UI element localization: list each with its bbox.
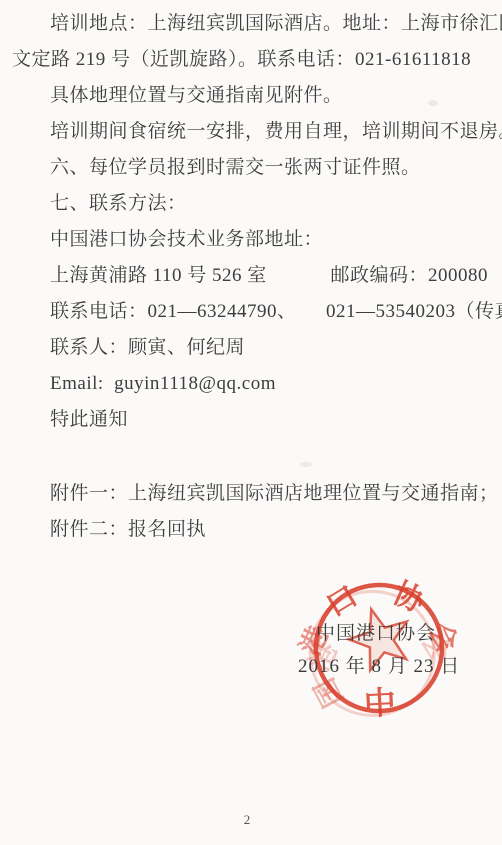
text-line: 附件一：上海纽宾凯国际酒店地理位置与交通指南；: [0, 476, 502, 512]
text-line: 文定路 219 号（近凯旋路）。联系电话：021-61611818: [0, 42, 502, 78]
text-line: 上海黄浦路 110 号 526 室 邮政编码：200080: [0, 258, 502, 294]
page-number: 2: [0, 812, 494, 828]
text-line: 培训期间食宿统一安排，费用自理，培训期间不退房。: [0, 114, 502, 150]
text-line: 六、每位学员报到时需交一张两寸证件照。: [0, 150, 502, 186]
text-line: 具体地理位置与交通指南见附件。: [0, 78, 502, 114]
scanned-notice-page: 培训地点：上海纽宾凯国际酒店。地址：上海市徐汇区文定路 219 号（近凯旋路）。…: [0, 0, 502, 845]
seal-char-kou: 口: [321, 580, 364, 624]
text-line: 联系电话：021—63244790、 021—53540203（传真）: [0, 294, 502, 330]
signature-date: 2016 年 8 月 23 日: [298, 651, 460, 678]
document-body: 培训地点：上海纽宾凯国际酒店。地址：上海市徐汇区文定路 219 号（近凯旋路）。…: [0, 6, 502, 548]
seal-char-xie: 协: [388, 577, 430, 620]
seal-char-zhong: 中: [363, 684, 397, 722]
text-line: 特此通知: [0, 402, 502, 438]
text-line: 中国港口协会技术业务部地址：: [0, 222, 502, 258]
official-seal: 中 国 港 口 协 会 港 会: [290, 559, 469, 738]
text-line: Email: guyin1118@qq.com: [0, 366, 502, 402]
text-line: 附件二：报名回执: [0, 512, 502, 548]
text-line: 培训地点：上海纽宾凯国际酒店。地址：上海市徐汇区: [0, 6, 502, 42]
signature-org-name: 中国港口协会: [316, 618, 436, 645]
text-line: 联系人：顾寅、何纪周: [0, 330, 502, 366]
scan-smudge: [428, 100, 438, 106]
seal-graphic: 中 国 港 口 协 会 港 会: [290, 559, 469, 738]
scan-smudge: [300, 462, 312, 467]
text-line: 七、联系方法：: [0, 186, 502, 222]
